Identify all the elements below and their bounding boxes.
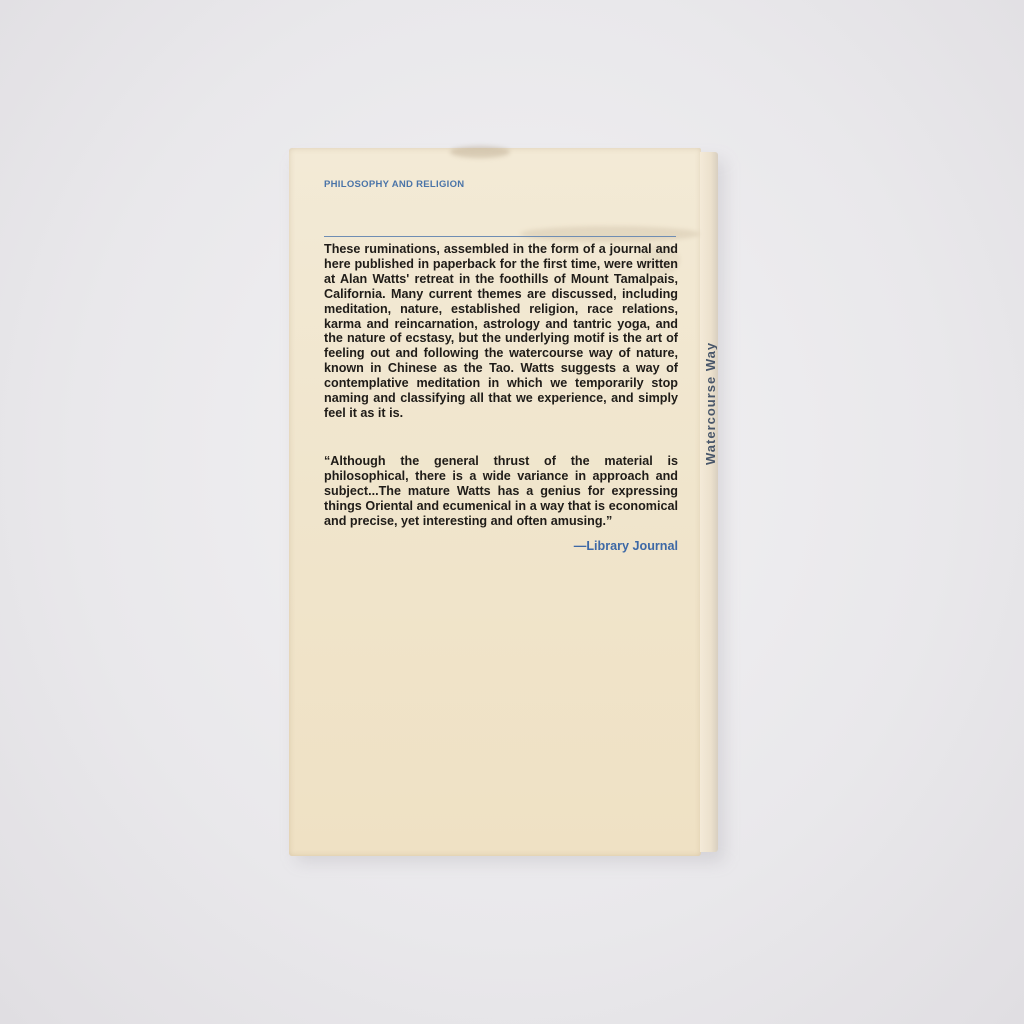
book-description: These ruminations, assembled in the form… <box>324 242 678 421</box>
review-source: —Library Journal <box>324 539 678 553</box>
review-quote: “Although the general thrust of the mate… <box>324 454 678 529</box>
divider-rule <box>324 236 676 237</box>
cover-wear-stain <box>520 226 700 242</box>
cover-wear-stain <box>450 146 510 158</box>
category-label: PHILOSOPHY AND RELIGION <box>324 179 464 190</box>
spine-title: Watercourse Way <box>703 205 717 465</box>
